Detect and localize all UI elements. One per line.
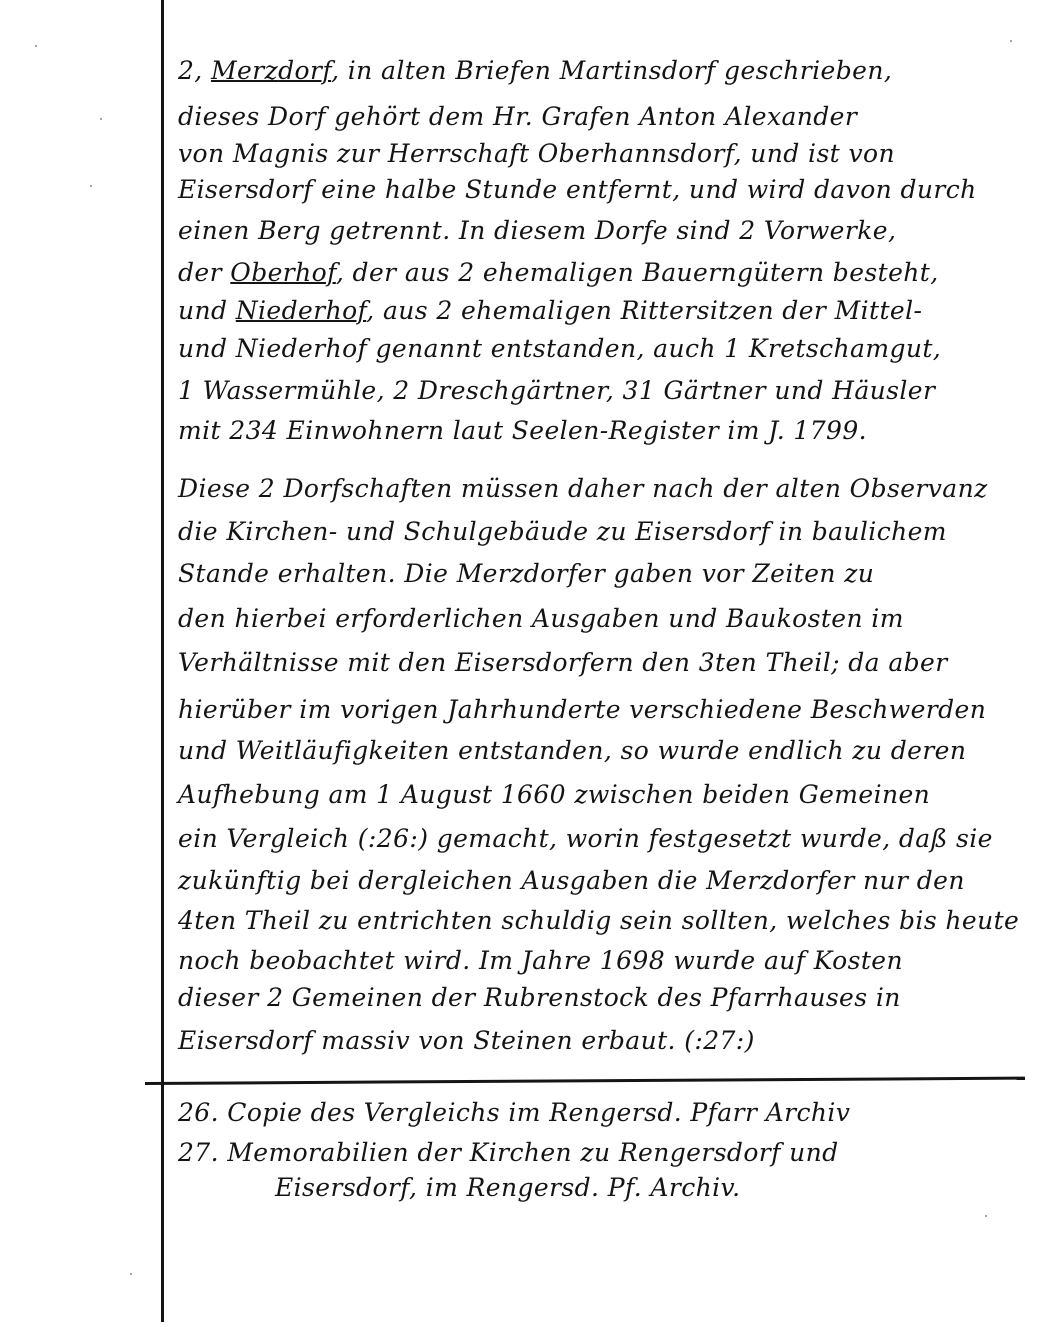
margin-rule xyxy=(161,0,164,1322)
text-line: Verhältnisse mit den Eisersdorfern den 3… xyxy=(178,650,948,675)
footnote-27: 27. Memorabilien der Kirchen zu Rengersd… xyxy=(178,1140,839,1165)
scan-speck xyxy=(100,118,102,120)
text-line: von Magnis zur Herrschaft Oberhannsdorf,… xyxy=(178,141,895,166)
text-line: einen Berg getrennt. In diesem Dorfe sin… xyxy=(178,218,896,243)
scan-speck xyxy=(35,45,37,47)
text-line: mit 234 Einwohnern laut Seelen-Register … xyxy=(178,418,867,443)
footnote-separator xyxy=(145,1077,1025,1085)
text-line: Diese 2 Dorfschaften müssen daher nach d… xyxy=(178,476,988,501)
text-line: hierüber im vorigen Jahrhunderte verschi… xyxy=(178,697,986,722)
text-line: noch beobachtet wird. Im Jahre 1698 wurd… xyxy=(178,948,903,973)
text-line: zukünftig bei dergleichen Ausgaben die M… xyxy=(178,868,965,893)
manuscript-page: 2, Merzdorf, in alten Briefen Martinsdor… xyxy=(0,0,1048,1327)
text-line: ein Vergleich (:26:) gemacht, worin fest… xyxy=(178,826,993,851)
text-line: und Niederhof genannt entstanden, auch 1… xyxy=(178,336,941,361)
text-line: Aufhebung am 1 August 1660 zwischen beid… xyxy=(178,782,930,807)
text-line: den hierbei erforderlichen Ausgaben und … xyxy=(178,606,904,631)
scan-speck xyxy=(90,185,92,187)
text-line: und Niederhof, aus 2 ehemaligen Rittersi… xyxy=(178,298,922,323)
text-line: 1 Wassermühle, 2 Dreschgärtner, 31 Gärtn… xyxy=(178,378,935,403)
text-line: 4ten Theil zu entrichten schuldig sein s… xyxy=(178,908,1019,933)
text-line: dieser 2 Gemeinen der Rubrenstock des Pf… xyxy=(178,985,901,1010)
text-line: der Oberhof, der aus 2 ehemaligen Bauern… xyxy=(178,260,939,285)
text-line: Eisersdorf eine halbe Stunde entfernt, u… xyxy=(178,177,977,202)
text-line: die Kirchen- und Schulgebäude zu Eisersd… xyxy=(178,519,947,544)
footnote-26: 26. Copie des Vergleichs im Rengersd. Pf… xyxy=(178,1100,850,1125)
text-line: und Weitläufigkeiten entstanden, so wurd… xyxy=(178,738,966,763)
footnote-27-continued: Eisersdorf, im Rengersd. Pf. Archiv. xyxy=(275,1175,740,1200)
scan-speck xyxy=(1010,40,1012,42)
scan-speck xyxy=(130,1273,132,1275)
scan-speck xyxy=(985,1215,987,1217)
text-line: dieses Dorf gehört dem Hr. Grafen Anton … xyxy=(178,104,857,129)
text-line: Stande erhalten. Die Merzdorfer gaben vo… xyxy=(178,561,874,586)
text-line: Eisersdorf massiv von Steinen erbaut. (:… xyxy=(178,1028,755,1053)
text-line: 2, Merzdorf, in alten Briefen Martinsdor… xyxy=(178,58,892,83)
